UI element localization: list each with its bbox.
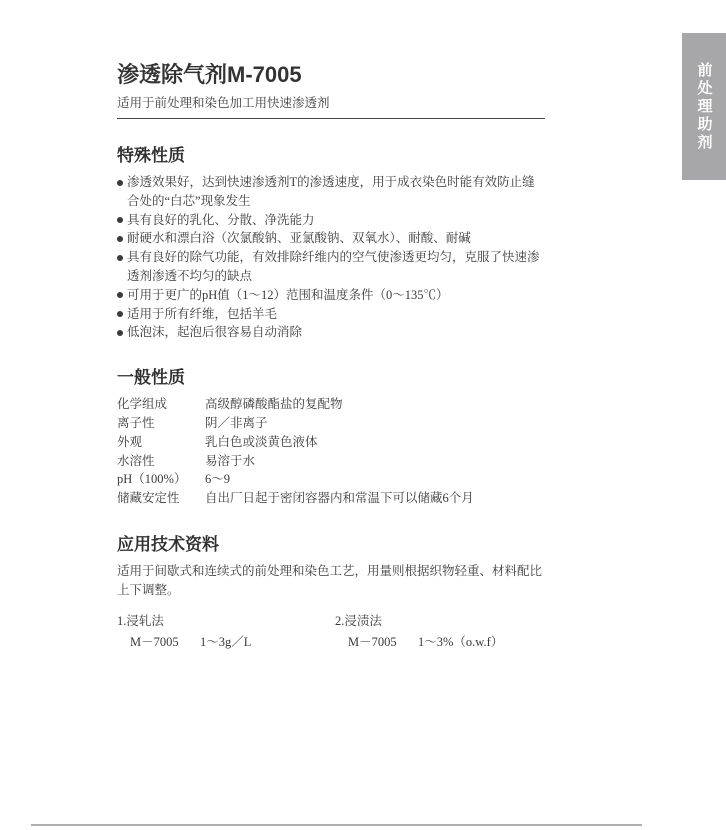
method-dipping: 2.浸渍法 M－70051～3%（o.w.f） <box>335 613 545 650</box>
list-item-text: 具有良好的乳化、分散、净洗能力 <box>127 213 315 227</box>
content-column: 渗透除气剂M-7005 适用于前处理和染色加工用快速渗透剂 特殊性质 渗透效果好… <box>117 62 545 650</box>
bullet-icon <box>117 217 123 223</box>
list-item: 具有良好的除气功能，有效排除纤维内的空气使渗透更均匀，克服了快速渗透剂渗透不均匀… <box>117 248 545 286</box>
application-data-heading: 应用技术资料 <box>117 534 545 555</box>
table-row: 水溶性 易溶于水 <box>117 452 545 471</box>
list-item: 低泡沫，起泡后很容易自动消除 <box>117 323 545 342</box>
bullet-icon <box>117 311 123 317</box>
footer-rule <box>31 824 642 826</box>
category-tab-label: 前处理助剂 <box>697 62 712 152</box>
property-label: pH（100%） <box>117 470 205 489</box>
special-properties-list: 渗透效果好，达到快速渗透剂T的渗透速度，用于成衣染色时能有效防止缝合处的“白芯”… <box>117 173 545 342</box>
method-dosage-line: M－70051～3%（o.w.f） <box>335 634 545 650</box>
table-row: 外观 乳白色或淡黄色液体 <box>117 433 545 452</box>
table-row: 离子性 阴／非离子 <box>117 414 545 433</box>
method-padding: 1.浸轧法 M－70051～3g／L <box>117 613 335 650</box>
document-page: 前处理助剂 渗透除气剂M-7005 适用于前处理和染色加工用快速渗透剂 特殊性质… <box>0 0 726 830</box>
list-item: 适用于所有纤维，包括羊毛 <box>117 305 545 324</box>
dosage-value: 1～3g／L <box>200 635 251 649</box>
property-value: 6～9 <box>205 470 545 489</box>
property-value: 自出厂日起于密闭容器内和常温下可以储藏6个月 <box>205 489 545 508</box>
property-label: 外观 <box>117 433 205 452</box>
property-value: 乳白色或淡黄色液体 <box>205 433 545 452</box>
bullet-icon <box>117 180 123 186</box>
general-properties-heading: 一般性质 <box>117 367 545 388</box>
bullet-icon <box>117 330 123 336</box>
list-item: 渗透效果好，达到快速渗透剂T的渗透速度，用于成衣染色时能有效防止缝合处的“白芯”… <box>117 173 545 211</box>
page-title: 渗透除气剂M-7005 <box>117 62 545 88</box>
list-item-text: 适用于所有纤维，包括羊毛 <box>127 307 277 321</box>
property-value: 阴／非离子 <box>205 414 545 433</box>
section-special-properties: 特殊性质 渗透效果好，达到快速渗透剂T的渗透速度，用于成衣染色时能有效防止缝合处… <box>117 145 545 342</box>
list-item-text: 耐硬水和漂白浴（次氯酸钠、亚氯酸钠、双氧水）、耐酸、耐碱 <box>127 231 471 245</box>
header-rule <box>117 118 545 119</box>
list-item: 具有良好的乳化、分散、净洗能力 <box>117 211 545 230</box>
list-item-text: 可用于更广的pH值（1～12）范围和温度条件（0～135℃） <box>127 288 449 302</box>
table-row: pH（100%） 6～9 <box>117 470 545 489</box>
method-name: 2.浸渍法 <box>335 613 545 629</box>
property-value: 高级醇磷酸酯盐的复配物 <box>205 395 545 414</box>
list-item: 耐硬水和漂白浴（次氯酸钠、亚氯酸钠、双氧水）、耐酸、耐碱 <box>117 229 545 248</box>
category-tab: 前处理助剂 <box>682 33 726 180</box>
list-item-text: 具有良好的除气功能，有效排除纤维内的空气使渗透更均匀，克服了快速渗透剂渗透不均匀… <box>127 250 540 283</box>
list-item-text: 渗透效果好，达到快速渗透剂T的渗透速度，用于成衣染色时能有效防止缝合处的“白芯”… <box>127 175 535 208</box>
method-name: 1.浸轧法 <box>117 613 335 629</box>
table-row: 储藏安定性 自出厂日起于密闭容器内和常温下可以储藏6个月 <box>117 489 545 508</box>
property-label: 储藏安定性 <box>117 489 205 508</box>
general-properties-table: 化学组成 高级醇磷酸酯盐的复配物 离子性 阴／非离子 外观 乳白色或淡黄色液体 … <box>117 395 545 508</box>
property-label: 化学组成 <box>117 395 205 414</box>
application-methods: 1.浸轧法 M－70051～3g／L 2.浸渍法 M－70051～3%（o.w.… <box>117 613 545 650</box>
page-subtitle: 适用于前处理和染色加工用快速渗透剂 <box>117 95 545 111</box>
bullet-icon <box>117 292 123 298</box>
list-item: 可用于更广的pH值（1～12）范围和温度条件（0～135℃） <box>117 286 545 305</box>
special-properties-heading: 特殊性质 <box>117 145 545 166</box>
product-code: M－7005 <box>130 634 200 650</box>
method-dosage-line: M－70051～3g／L <box>117 634 335 650</box>
property-label: 离子性 <box>117 414 205 433</box>
product-code: M－7005 <box>348 634 418 650</box>
list-item-text: 低泡沫，起泡后很容易自动消除 <box>127 325 302 339</box>
bullet-icon <box>117 255 123 261</box>
application-intro: 适用于间歇式和连续式的前处理和染色工艺，用量则根据织物轻重、材料配比上下调整。 <box>117 562 545 600</box>
bullet-icon <box>117 236 123 242</box>
property-value: 易溶于水 <box>205 452 545 471</box>
property-label: 水溶性 <box>117 452 205 471</box>
section-general-properties: 一般性质 化学组成 高级醇磷酸酯盐的复配物 离子性 阴／非离子 外观 乳白色或淡… <box>117 367 545 508</box>
dosage-value: 1～3%（o.w.f） <box>418 635 503 649</box>
section-application-data: 应用技术资料 适用于间歇式和连续式的前处理和染色工艺，用量则根据织物轻重、材料配… <box>117 534 545 650</box>
table-row: 化学组成 高级醇磷酸酯盐的复配物 <box>117 395 545 414</box>
